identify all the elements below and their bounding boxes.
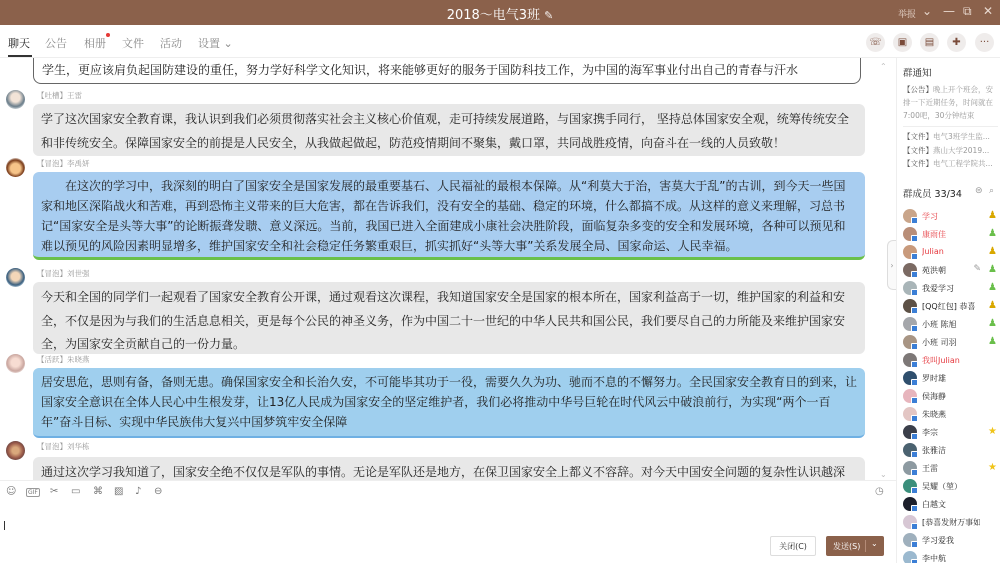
avatar [903, 335, 917, 349]
chat-message-area[interactable]: 学生，更应该肩负起国防建设的重任，努力学好科学文化知识，将来能够更好的服务于国防… [0, 58, 870, 480]
member-item[interactable]: 康雨佳♟ [903, 226, 999, 244]
file-item[interactable]: 【文件】电气工程学院共... [903, 157, 998, 171]
admin-icon: ♟ [988, 318, 997, 329]
member-item[interactable]: 学习♟ [903, 208, 999, 226]
title-bar: 2018～电气3班✎ 举报 ⌄ — ⧉ ✕ [0, 0, 1000, 25]
avatar [903, 317, 917, 331]
member-item[interactable]: 李宗★ [903, 424, 999, 442]
more-options-icon[interactable]: ··· [975, 33, 994, 52]
message-bubble[interactable]: 学生，更应该肩负起国防建设的重任，努力学好科学文化知识，将来能够更好的服务于国防… [33, 58, 861, 84]
owner-icon: ♟ [988, 300, 997, 311]
member-item[interactable]: 学习爱我 [903, 532, 999, 550]
message-bubble[interactable]: 今天和全国的同学们一起观看了国家安全教育公开课，通过观看这次课程，我知道国家安全… [33, 282, 865, 354]
scroll-down-icon[interactable]: ⌄ [880, 470, 887, 479]
owner-icon: ♟ [988, 246, 997, 257]
member-item[interactable]: 朱晓燕 [903, 406, 999, 424]
message-input-area: ☺ GIF ✂ ▭ ⌘ ▨ ♪ ⊖ ◷ 关闭(C) 发送(S) ⌄ [0, 480, 896, 563]
report-link[interactable]: 举报 [898, 7, 916, 20]
video-call-icon[interactable]: ▣ [893, 33, 912, 52]
bell-icon[interactable]: ♪ [135, 486, 141, 497]
image-icon[interactable]: ▨ [114, 486, 123, 497]
window-title: 2018～电气3班✎ [0, 4, 1000, 23]
member-item[interactable]: 李中航 [903, 550, 999, 563]
group-sidebar: 群通知 【公告】晚上开个班会，安排一下近期任务，时间就在7:00吧，30分钟结束… [896, 58, 1000, 563]
member-item[interactable]: 小班 陈旭♟ [903, 316, 999, 334]
owner-icon: ♟ [988, 210, 997, 221]
edit-icon[interactable]: ✎ [544, 9, 553, 22]
file-item[interactable]: 【文件】燕山大学2019... [903, 144, 998, 158]
member-item[interactable]: 我叫Julian [903, 352, 999, 370]
message-textbox[interactable] [0, 499, 890, 531]
member-item[interactable]: [QQ红包] 恭喜♟ [903, 298, 999, 316]
member-item[interactable]: 王雷★ [903, 460, 999, 478]
members-title: 群成员 33/34 [903, 189, 962, 200]
avatar [903, 281, 917, 295]
member-item[interactable]: [恭喜发财万事如意] [903, 514, 999, 532]
tab-files[interactable]: 文件 [122, 35, 144, 51]
members-header: 群成员 33/34 ⊜ ⌕ [903, 186, 998, 200]
restore-button[interactable]: ⧉ [963, 4, 972, 19]
avatar [903, 407, 917, 421]
tab-settings[interactable]: 设置 ⌄ [198, 35, 233, 51]
add-chat-icon[interactable]: ✚ [947, 33, 966, 52]
scroll-up-icon[interactable]: ⌃ [880, 62, 887, 71]
member-item[interactable]: 张雅洁 [903, 442, 999, 460]
avatar [903, 479, 917, 493]
more-tools-icon[interactable]: ⊖ [154, 486, 162, 497]
minimize-button[interactable]: — [943, 4, 955, 18]
avatar [903, 515, 917, 529]
avatar[interactable] [6, 158, 25, 177]
avatar [903, 533, 917, 547]
member-item[interactable]: 罗时雄 [903, 370, 999, 388]
emoji-icon[interactable]: ☺ [6, 486, 16, 497]
member-item[interactable]: 白越文 [903, 496, 999, 514]
avatar [903, 461, 917, 475]
admin-icon: ♟ [988, 264, 997, 275]
screenshot-scissors-icon[interactable]: ✂ [50, 486, 58, 497]
sender-name: 【冒泡】刘华栋 [37, 441, 90, 452]
message-bubble[interactable]: 学了这次国家安全教育课，我认识到我们必须贯彻落实社会主义核心价值观，走可持续发展… [33, 104, 865, 156]
member-item[interactable]: 我爱学习♟ [903, 280, 999, 298]
avatar [903, 551, 917, 563]
star-icon: ★ [988, 426, 997, 437]
folder-icon[interactable]: ▭ [71, 486, 80, 497]
avatar [903, 371, 917, 385]
member-item[interactable]: 侯海静 [903, 388, 999, 406]
avatar [903, 497, 917, 511]
avatar [903, 245, 917, 259]
send-button[interactable]: 发送(S) ⌄ [826, 536, 884, 556]
avatar[interactable] [6, 90, 25, 109]
avatar [903, 389, 917, 403]
admin-icon: ♟ [988, 228, 997, 239]
tab-album[interactable]: 相册 [84, 35, 106, 51]
sticker-icon[interactable]: ⌘ [93, 486, 103, 497]
admin-icon: ♟ [988, 282, 997, 293]
avatar[interactable] [6, 268, 25, 287]
announcement-item[interactable]: 【公告】晚上开个班会，安排一下近期任务，时间就在7:00吧，30分钟结束 [903, 83, 998, 122]
tab-announcement[interactable]: 公告 [45, 35, 67, 51]
tab-bar: 聊天 公告 相册 文件 活动 设置 ⌄ ☏ ▣ ▤ ✚ ··· [0, 25, 1000, 58]
send-options-chevron-icon[interactable]: ⌄ [871, 539, 878, 548]
close-window-button[interactable]: ✕ [983, 4, 993, 18]
avatar [903, 425, 917, 439]
text-caret [4, 521, 5, 530]
phone-call-icon[interactable]: ☏ [866, 33, 885, 52]
file-item[interactable]: 【文件】电气3班学生监... [903, 130, 998, 144]
member-item[interactable]: 苑洪朝✎♟ [903, 262, 999, 280]
member-item[interactable]: 吴耀（堃） [903, 478, 999, 496]
tab-activity[interactable]: 活动 [160, 35, 182, 51]
close-button[interactable]: 关闭(C) [770, 536, 816, 556]
member-item[interactable]: Julian♟ [903, 244, 999, 262]
history-clock-icon[interactable]: ◷ [875, 486, 884, 497]
message-bubble[interactable]: 通过这次学习我知道了，国家安全绝不仅仅是军队的事情。无论是军队还是地方，在保卫国… [33, 457, 865, 480]
sender-name: 【活跃】朱晓燕 [37, 354, 90, 365]
search-icon[interactable]: ⌕ [989, 186, 994, 196]
avatar [903, 299, 917, 313]
member-item[interactable]: 小班 司羽♟ [903, 334, 999, 352]
avatar [903, 443, 917, 457]
avatar [903, 209, 917, 223]
avatar [903, 353, 917, 367]
message-bubble[interactable]: 在这次的学习中，我深刻的明白了国家安全是国家发展的最重要基石、人民福祉的最根本保… [33, 172, 865, 260]
divider [865, 540, 866, 552]
star-icon: ★ [988, 462, 997, 473]
avatar [903, 227, 917, 241]
tab-chat[interactable]: 聊天 [8, 35, 30, 51]
avatar[interactable] [6, 441, 25, 460]
gif-icon[interactable]: GIF [26, 488, 40, 497]
avatar[interactable] [6, 354, 25, 373]
group-notice: 群通知 【公告】晚上开个班会，安排一下近期任务，时间就在7:00吧，30分钟结束… [903, 65, 998, 171]
sender-name: 【冒泡】刘世强 [37, 268, 90, 279]
screen-share-icon[interactable]: ▤ [920, 33, 939, 52]
sender-name: 【冒泡】李禹妍 [37, 158, 90, 169]
sidebar-collapse-handle[interactable]: › [887, 240, 896, 290]
sender-name: 【吐槽】王雷 [37, 90, 82, 101]
edit-icon[interactable]: ✎ [973, 264, 981, 274]
avatar [903, 263, 917, 277]
divider [903, 126, 998, 127]
notification-dot [106, 33, 110, 37]
notice-title: 群通知 [903, 65, 998, 79]
admin-icon: ♟ [988, 336, 997, 347]
add-member-icon[interactable]: ⊜ [975, 186, 983, 196]
message-bubble[interactable]: 居安思危，思则有备，备则无患。确保国家安全和长治久安，不可能毕其功于一役，需要久… [33, 368, 865, 438]
chevron-down-icon[interactable]: ⌄ [922, 4, 932, 18]
